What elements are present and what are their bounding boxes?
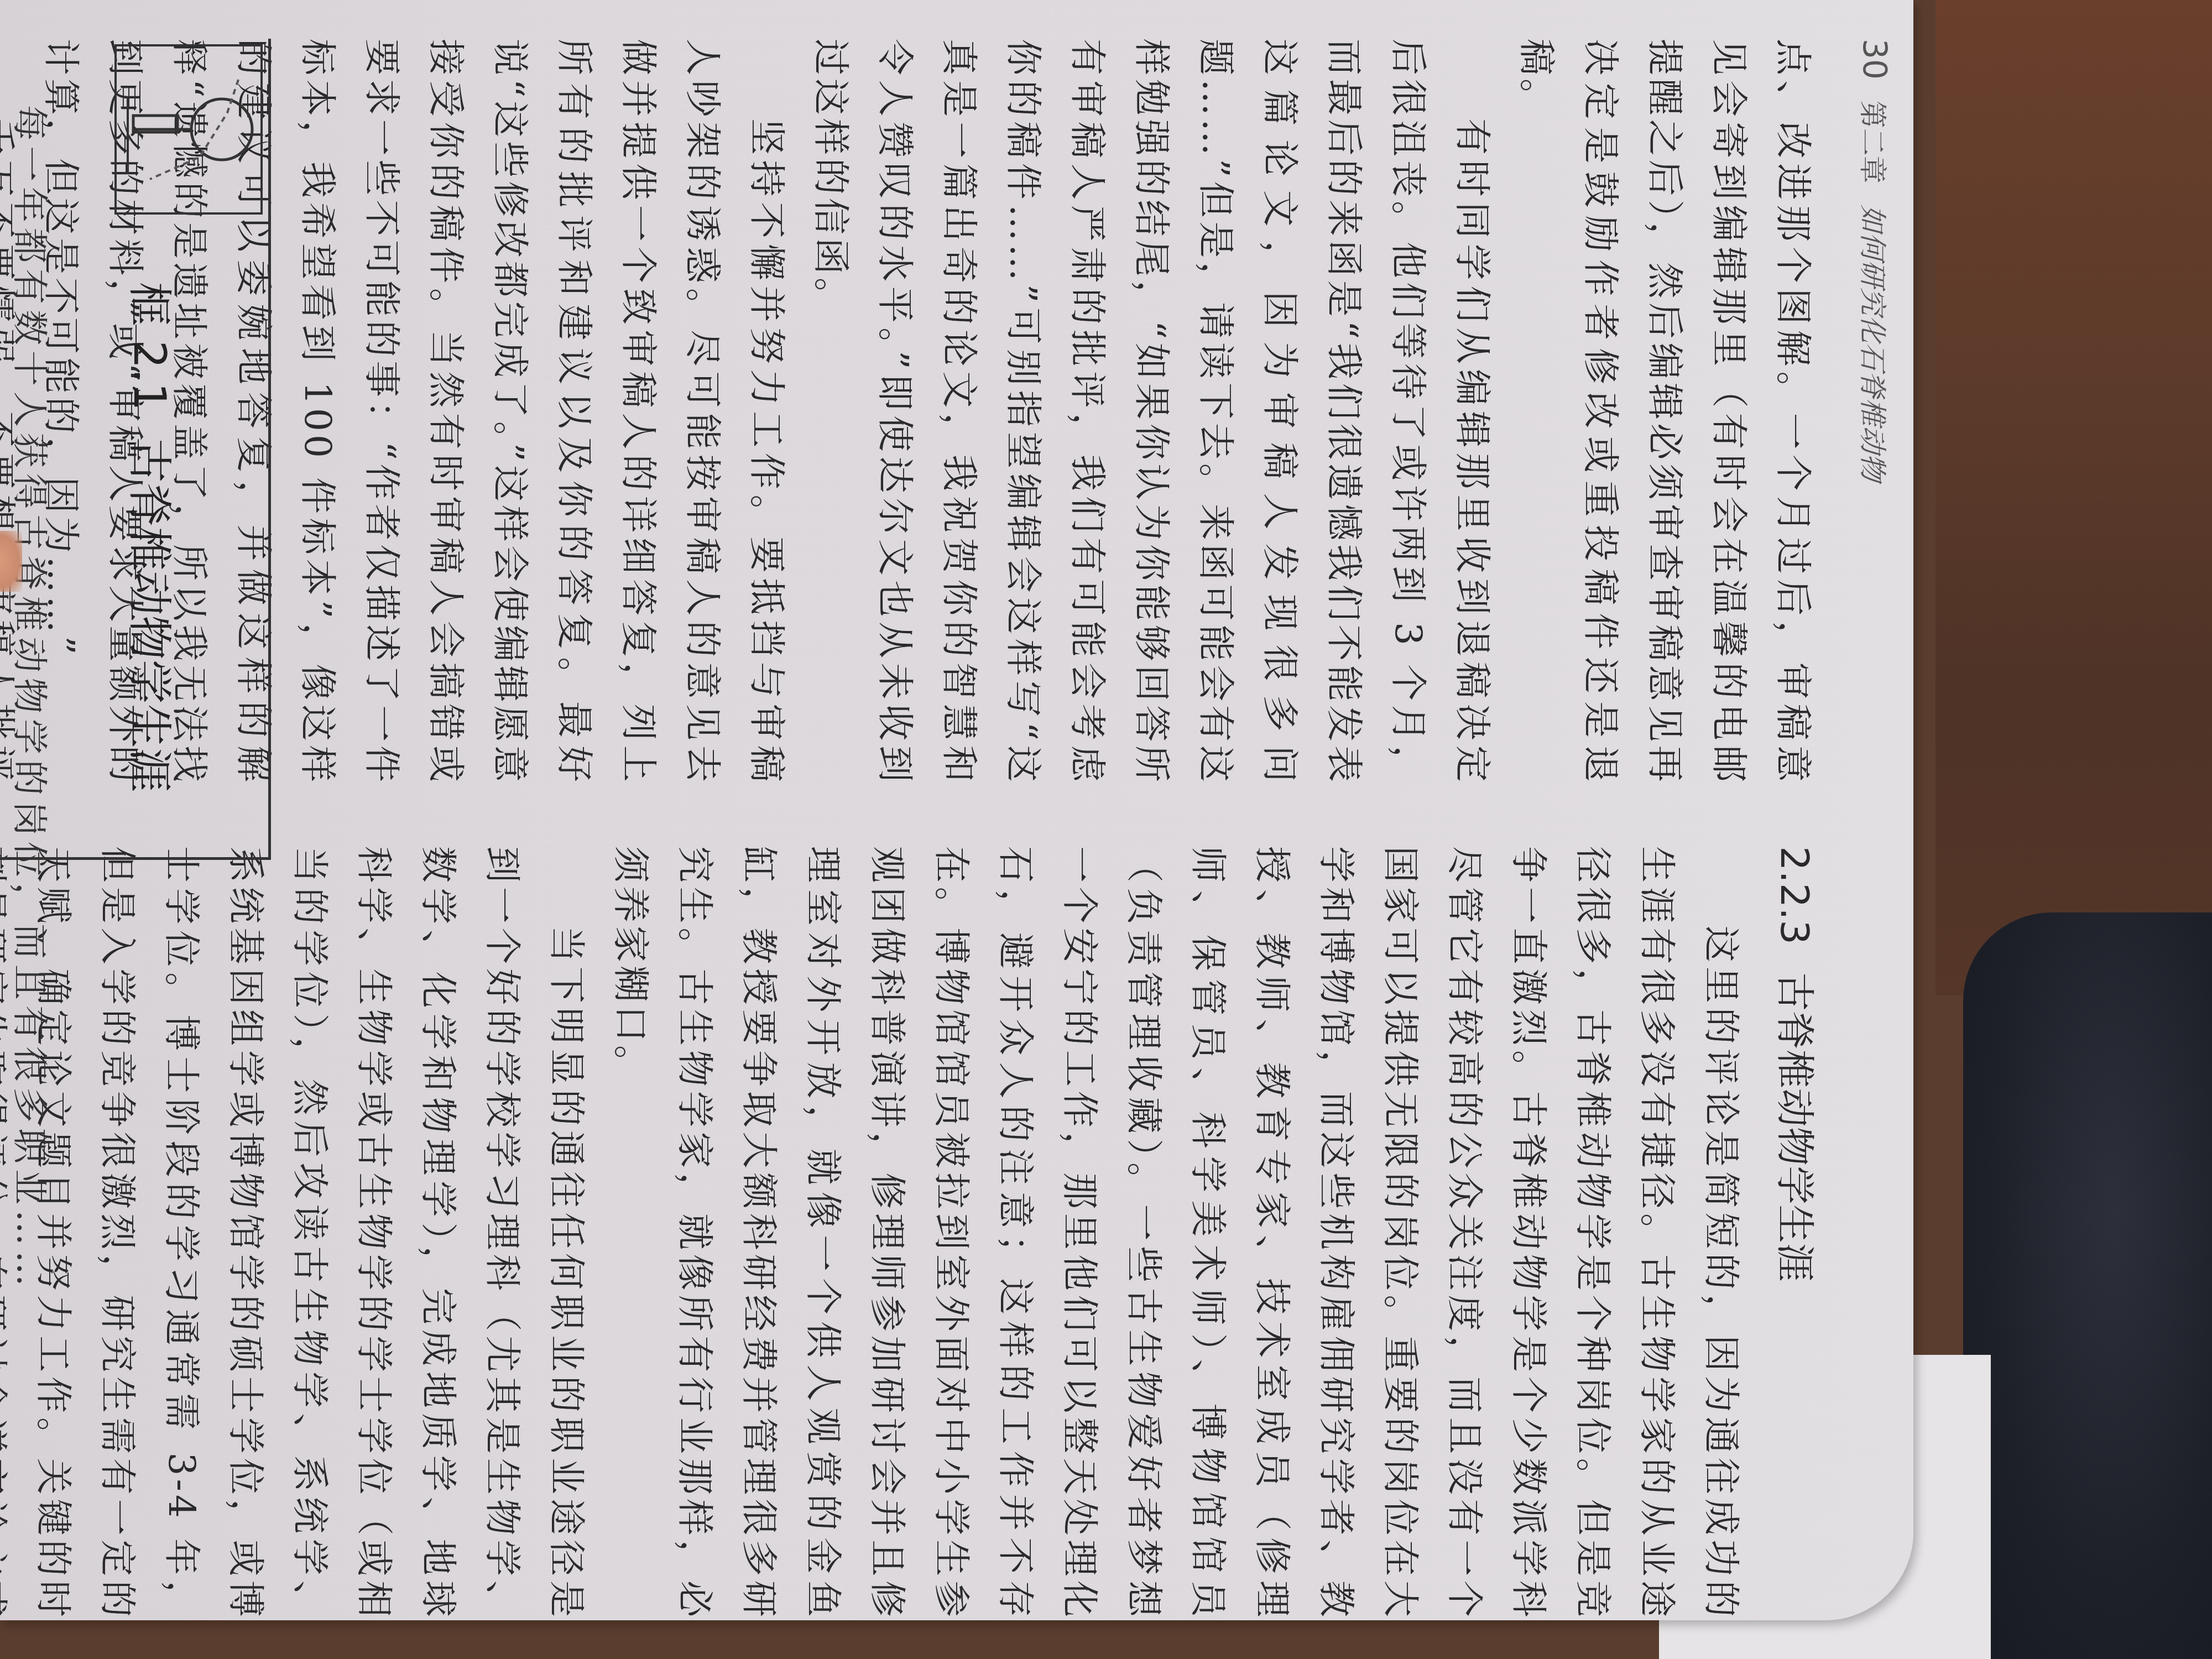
paleontologist-figure-icon	[114, 44, 263, 215]
section-number: 2.2.3	[1764, 846, 1825, 945]
dark-cloth-background	[1963, 912, 2212, 1659]
page-number: 30	[1856, 39, 1893, 80]
section-title: 古脊椎动物学生涯	[1764, 972, 1825, 1282]
box-label: 框 2.1	[122, 282, 185, 411]
paragraph: 当下明显的通往任何职业的职业途径是到一个好的学校学习理科（尤其是生物学、数学、化…	[0, 846, 598, 1620]
section-heading: 2.2.3 古脊椎动物学生涯	[1764, 846, 1825, 1620]
running-head: 30 第二章 如何研究化石脊椎动物	[1858, 39, 1891, 481]
paragraph: 有时同学们从编辑那里收到退稿决定后很沮丧。他们等待了或许两到 3 个月，而最后的…	[799, 39, 1504, 785]
book-page: 30 第二章 如何研究化石脊椎动物 点、改进那个图解。一个月过后，审稿意见会寄到…	[0, 0, 1913, 1620]
chapter-title: 如何研究化石脊椎动物	[1855, 205, 1895, 481]
rotated-page-content: 30 第二章 如何研究化石脊椎动物 点、改进那个图解。一个月过后，审稿意见会寄到…	[39, 39, 1891, 1615]
paragraph: 这里的评论是简短的，因为通往成功的生涯有很多没有捷径。古生物学家的从业途径很多，…	[598, 846, 1753, 1620]
right-column: 2.2.3 古脊椎动物学生涯 这里的评论是简短的，因为通往成功的生涯有很多没有捷…	[0, 846, 1825, 1620]
chapter-label: 第二章	[1855, 101, 1895, 184]
box-text: 每一年都有数十人获得古脊椎动物学的岗位，而且有很多职业……	[7, 105, 58, 1292]
left-column: 点、改进那个图解。一个月过后，审稿意见会寄到编辑那里（有时会在温馨的电邮提醒之后…	[0, 39, 1825, 785]
sidebar-box: 框 2.1 古脊椎动物学生涯 每一年都有数十人获得古脊椎动物学的岗位，而且有很多…	[0, 39, 271, 860]
box-title: 古脊椎动物学生涯	[122, 439, 185, 792]
thumb-finger	[0, 531, 22, 592]
box-heading: 框 2.1 古脊椎动物学生涯	[122, 282, 185, 792]
wooden-table-background	[1936, 0, 2212, 995]
paragraph: 点、改进那个图解。一个月过后，审稿意见会寄到编辑那里（有时会在温馨的电邮提醒之后…	[1504, 39, 1825, 785]
